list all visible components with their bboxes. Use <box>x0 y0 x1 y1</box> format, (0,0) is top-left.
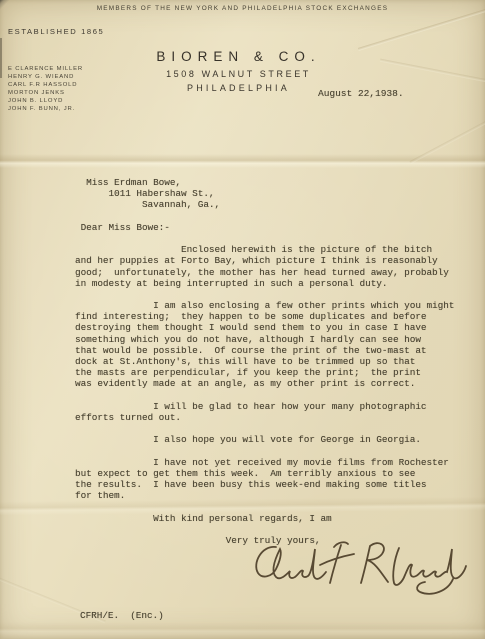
text-line: efforts turned out. <box>75 412 454 423</box>
text-line: something which you do not have, althoug… <box>75 334 454 345</box>
text-line: JOHN F. BUNN, JR. <box>8 105 83 113</box>
text-line: I also hope you will vote for George in … <box>75 434 454 445</box>
text-line: I will be glad to hear how your many pho… <box>75 401 454 412</box>
text-line: destroying them thought I would send the… <box>75 322 454 333</box>
text-line <box>75 289 454 300</box>
text-line: but expect to get them this week. Am ter… <box>75 468 454 479</box>
text-line: for them. <box>75 490 454 501</box>
text-line: Savannah, Ga., <box>75 199 454 210</box>
letter-date: August 22,1938. <box>318 88 404 99</box>
text-line: JOHN B. LLOYD <box>8 97 83 105</box>
letter-reference-line: CFRH/E. (Enc.) <box>80 610 164 621</box>
text-line: Enclosed herewith is the picture of the … <box>75 244 454 255</box>
text-line: find interesting; they happen to be some… <box>75 311 454 322</box>
text-line: Dear Miss Bowe:- <box>75 222 454 233</box>
letterhead-company-name: BIOREN & CO. <box>0 49 477 64</box>
text-line <box>75 501 454 512</box>
letterhead-members-line: MEMBERS OF THE NEW YORK AND PHILADELPHIA… <box>0 5 485 12</box>
text-line <box>75 390 454 401</box>
text-line: in modesty at being interrupted in such … <box>75 278 454 289</box>
text-line: the masts are perpendicular, if you keep… <box>75 367 454 378</box>
fold-crease <box>0 154 485 168</box>
text-line: dock at St.Anthony's, this will have to … <box>75 356 454 367</box>
text-line: was evidently made at an angle, as my ot… <box>75 378 454 389</box>
text-line: I am also enclosing a few other prints w… <box>75 300 454 311</box>
letter-body: Miss Erdman Bowe, 1011 Habershaw St., Sa… <box>75 177 454 546</box>
letterhead-city: PHILADELPHIA <box>0 83 477 93</box>
text-line: good; unfortunately, the mother has her … <box>75 267 454 278</box>
scanned-letter-document: MEMBERS OF THE NEW YORK AND PHILADELPHIA… <box>0 0 485 639</box>
handwritten-signature: Carl F R Hassold <box>246 533 478 613</box>
fold-crease <box>0 622 485 636</box>
text-line: that would be possible. Of course the pr… <box>75 345 454 356</box>
text-line <box>75 423 454 434</box>
signature-ink-strokes <box>246 533 478 613</box>
text-line: and her puppies at Forto Bay, which pict… <box>75 255 454 266</box>
text-line <box>75 211 454 222</box>
text-line <box>75 233 454 244</box>
text-line: With kind personal regards, I am <box>75 513 454 524</box>
letterhead-street-address: 1508 WALNUT STREET <box>0 69 477 79</box>
text-line: 1011 Habershaw St., <box>75 188 454 199</box>
letterhead-established: ESTABLISHED 1865 <box>8 27 104 36</box>
text-line: I have not yet received my movie films f… <box>75 457 454 468</box>
text-line: Miss Erdman Bowe, <box>75 177 454 188</box>
text-line: the results. I have been busy this week-… <box>75 479 454 490</box>
paper-crumple <box>410 119 485 164</box>
text-line <box>75 446 454 457</box>
